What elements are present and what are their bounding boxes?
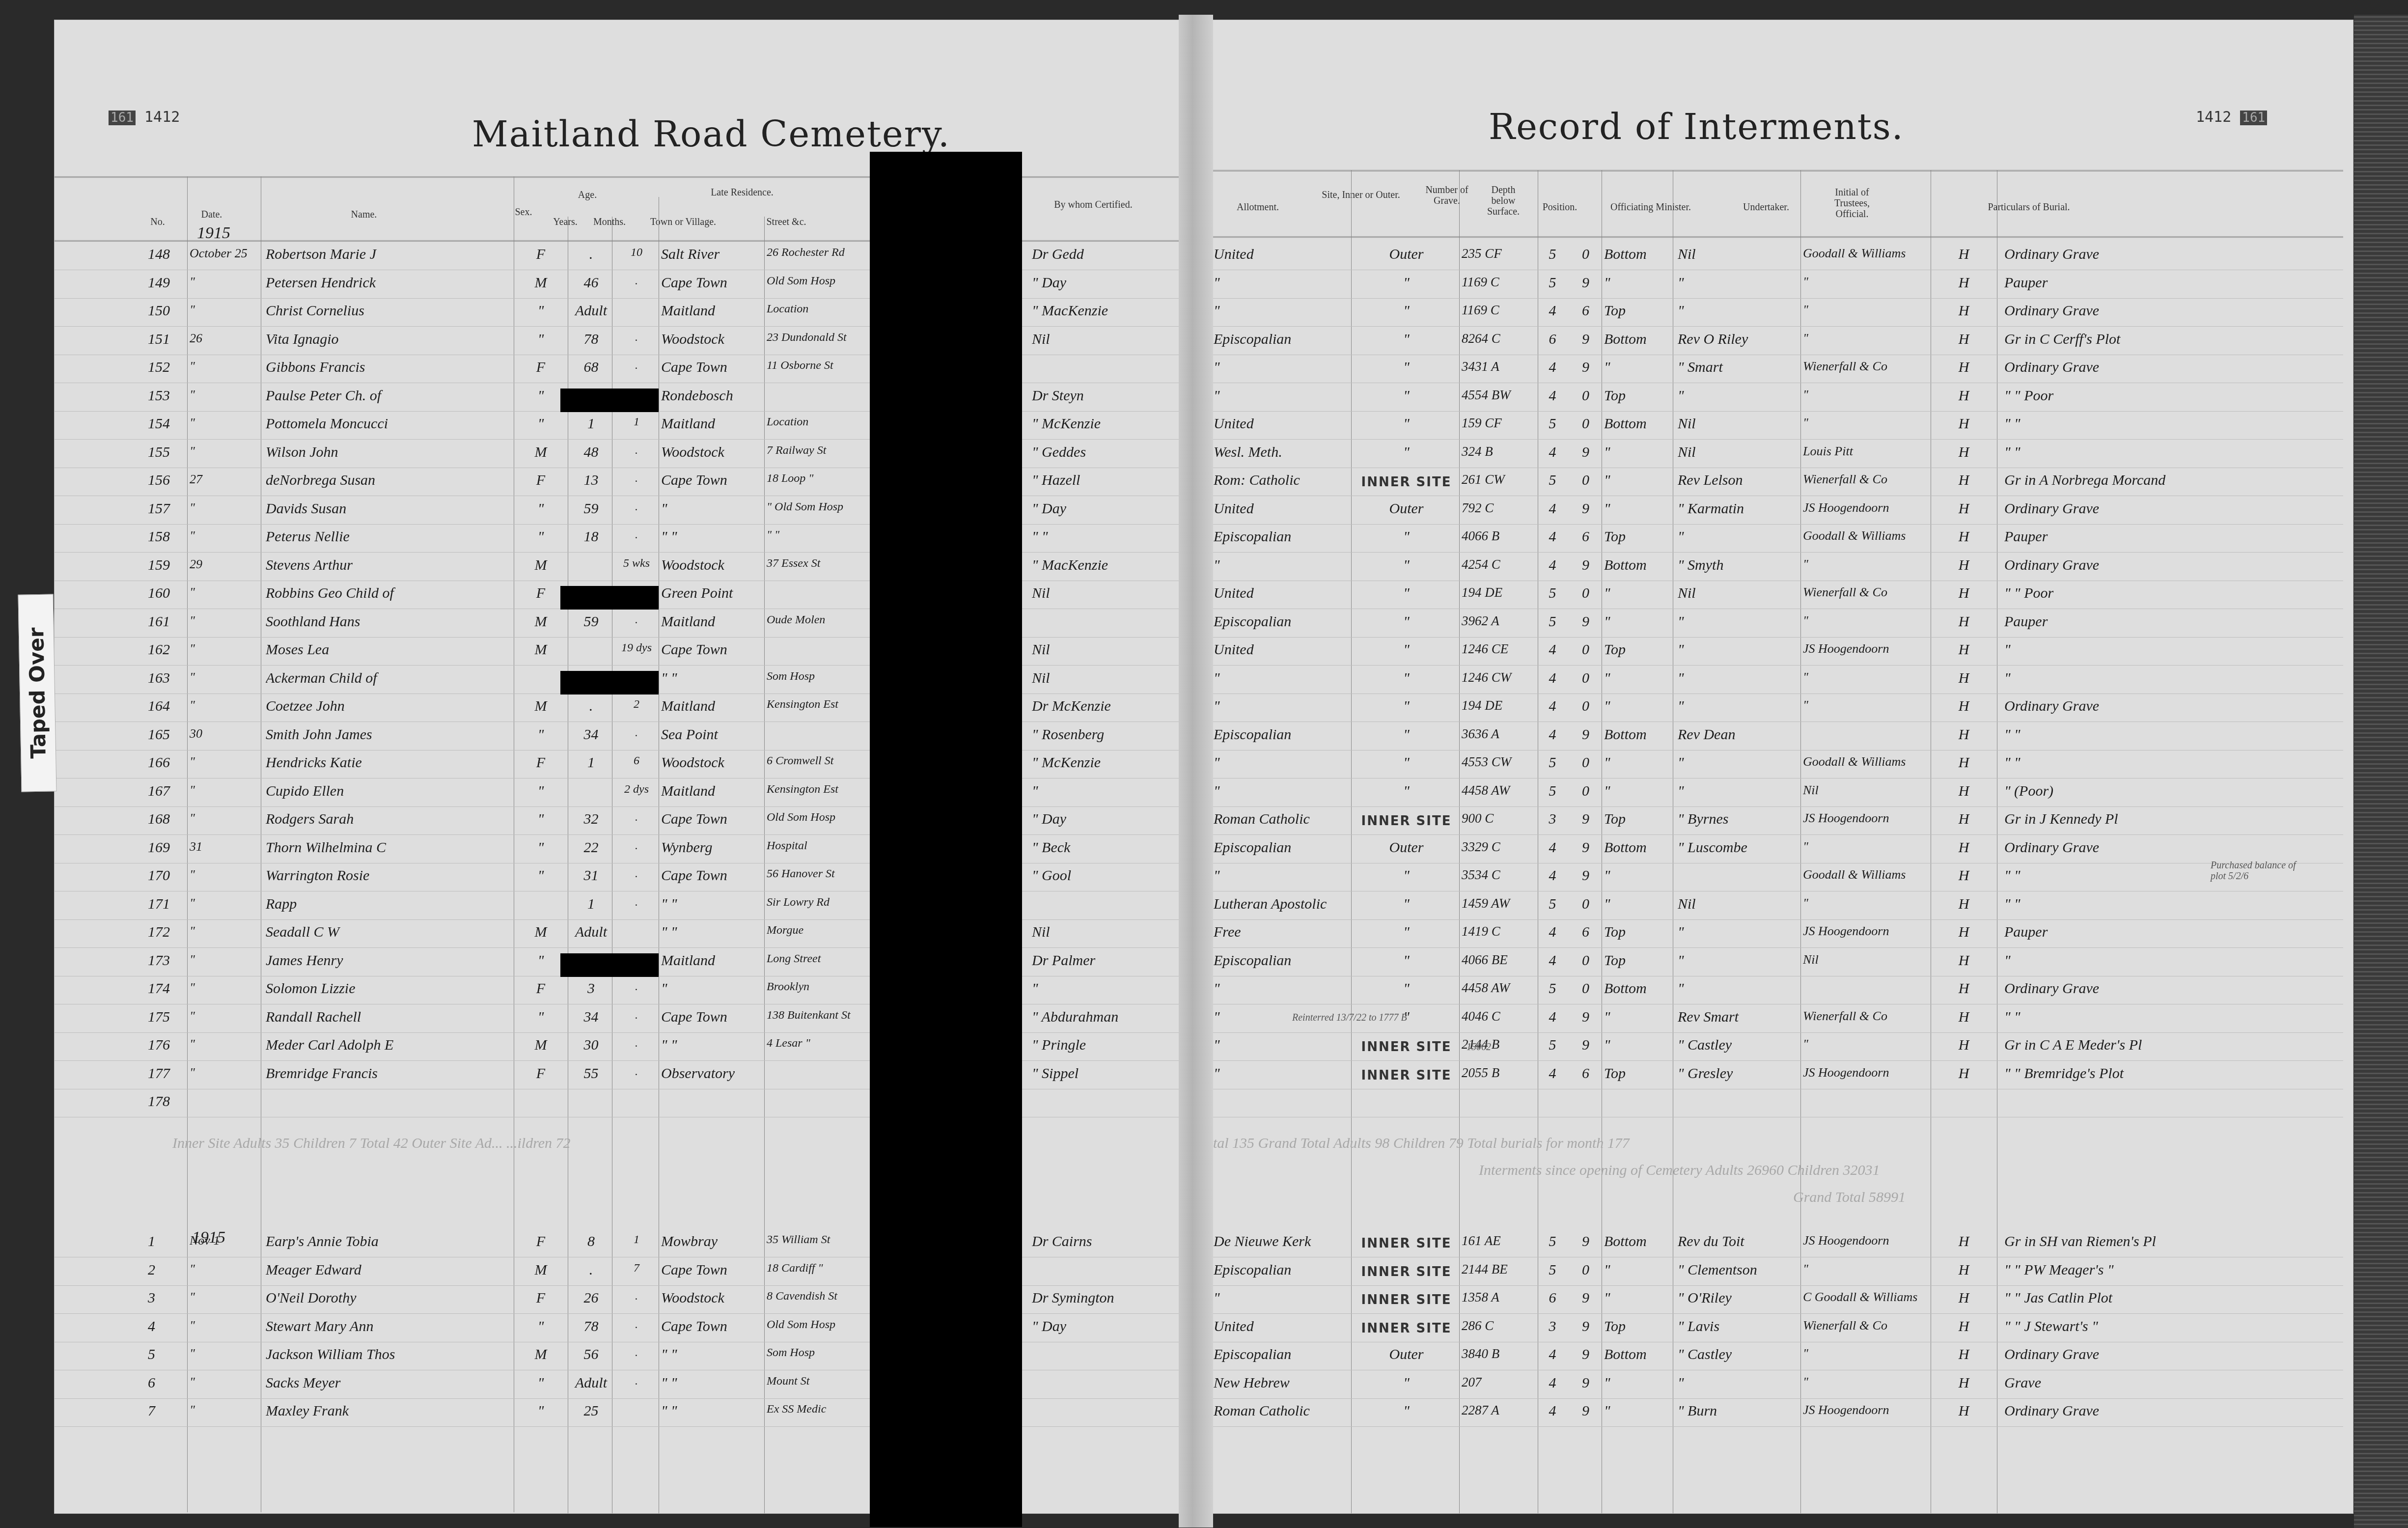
entry-depth-feet: 4 — [1540, 641, 1565, 658]
entry-town: Wynberg — [661, 839, 762, 856]
entry-trustee-initial: H — [1933, 444, 1994, 461]
entry-street: 23 Dundonald St — [767, 331, 867, 344]
entry-position: Top — [1604, 641, 1670, 658]
entry-depth-inches: 0 — [1572, 896, 1599, 913]
entry-trustee-initial: H — [1933, 303, 1994, 319]
header-sex: Sex. — [509, 207, 538, 218]
col-divider — [1538, 170, 1538, 1513]
entry-depth-inches: 9 — [1572, 1290, 1599, 1306]
row-rule — [1194, 1117, 2343, 1117]
entry-name: Peterus Nellie — [266, 528, 511, 545]
header-undertaker: Undertaker. — [1715, 202, 1818, 213]
entry-trustee-initial: H — [1933, 783, 1994, 800]
row-rule — [55, 947, 1193, 948]
entry-age-years: 46 — [570, 275, 612, 291]
entry-date: " — [190, 754, 258, 769]
entry-depth-inches: 0 — [1572, 585, 1599, 602]
entry-town: Green Point — [661, 585, 762, 602]
entry-age-months: 19 dys — [614, 641, 659, 655]
entry-sex: F — [519, 980, 563, 997]
col-divider — [1459, 170, 1460, 1513]
entry-undertaker: " — [1803, 613, 1928, 628]
entry-grave-number: 3636 A — [1462, 726, 1535, 742]
entry-grave-number: 324 B — [1462, 444, 1535, 459]
header-site: Site, Inner or Outer. — [1317, 190, 1405, 200]
entry-site: " — [1356, 980, 1457, 997]
entry-town: Maitland — [661, 613, 762, 630]
entry-site: " — [1356, 924, 1457, 941]
entry-depth-feet: 4 — [1540, 388, 1565, 404]
entry-particulars: " " Jas Catlin Plot — [2004, 1290, 2338, 1306]
entry-street: Location — [767, 303, 867, 316]
header-minister: Officiating Minister. — [1594, 202, 1707, 213]
entry-date: " — [190, 585, 258, 600]
col-divider — [187, 176, 188, 1512]
entry-grave-number: 3431 A — [1462, 359, 1535, 374]
entry-site: " — [1356, 444, 1457, 461]
entry-position: Bottom — [1604, 839, 1670, 856]
purchased-note: Purchased balance of plot 5/2/6 — [2211, 860, 2309, 882]
entry-position: Top — [1604, 952, 1670, 969]
entry-site: " — [1356, 670, 1457, 687]
entry-depth-inches: 9 — [1572, 867, 1599, 884]
entry-depth-inches: 6 — [1572, 924, 1599, 941]
entry-number: 158 — [148, 528, 185, 545]
entry-number: 177 — [148, 1065, 185, 1082]
entry-town: " " — [661, 670, 762, 687]
entry-name: Smith John James — [266, 726, 511, 743]
entry-date: " — [190, 359, 258, 374]
entry-sex: F — [519, 1233, 563, 1250]
entry-allotment: Rom: Catholic — [1214, 472, 1349, 489]
row-rule — [55, 524, 1193, 525]
entry-sex: " — [519, 726, 563, 743]
entry-depth-inches: 9 — [1572, 359, 1599, 376]
entry-age-years: 59 — [570, 500, 612, 517]
entry-age-years: 1 — [570, 754, 612, 771]
entry-minister: " — [1678, 303, 1798, 319]
entry-depth-inches: 6 — [1572, 1065, 1599, 1082]
entry-site: " — [1356, 585, 1457, 602]
entry-age-months: 1 — [614, 416, 659, 429]
row-rule — [55, 439, 1193, 440]
entry-site: " — [1356, 641, 1457, 658]
entry-certified-by: Dr Palmer — [1032, 952, 1179, 969]
entry-number: 154 — [148, 416, 185, 432]
entry-minister: " — [1678, 641, 1798, 658]
row-rule — [55, 1089, 1193, 1089]
entry-name: Stevens Arthur — [266, 557, 511, 574]
entry-town: Woodstock — [661, 557, 762, 574]
entry-town: Maitland — [661, 303, 762, 319]
entry-sex: " — [519, 1375, 563, 1391]
entry-name: Rodgers Sarah — [266, 811, 511, 828]
entry-allotment: Episcopalian — [1214, 952, 1349, 969]
entry-street: 56 Hanover St — [767, 867, 867, 881]
entry-street: Location — [767, 416, 867, 429]
entry-minister: " — [1678, 275, 1798, 291]
entry-depth-inches: 9 — [1572, 1037, 1599, 1054]
row-rule — [55, 806, 1193, 807]
entry-particulars: " — [2004, 641, 2338, 658]
entry-depth-inches: 9 — [1572, 331, 1599, 348]
entry-trustee-initial: H — [1933, 980, 1994, 997]
entry-date: " — [190, 444, 258, 459]
entry-street: 26 Rochester Rd — [767, 246, 867, 259]
entry-town: Woodstock — [661, 331, 762, 348]
entry-date: " — [190, 670, 258, 685]
entry-particulars: " " — [2004, 444, 2338, 461]
entry-trustee-initial: H — [1933, 416, 1994, 432]
row-rule — [1194, 1342, 2343, 1342]
entry-trustee-initial: H — [1933, 1009, 1994, 1026]
entry-minister: " Gresley — [1678, 1065, 1798, 1082]
entry-age-months: . — [614, 1290, 659, 1303]
entry-grave-number: 159 CF — [1462, 416, 1535, 431]
row-rule — [1194, 1257, 2343, 1257]
entry-age-months: . — [614, 472, 659, 485]
entry-town: Maitland — [661, 416, 762, 432]
entry-site: " — [1356, 528, 1457, 545]
entry-position: Bottom — [1604, 726, 1670, 743]
entry-minister: " Burn — [1678, 1403, 1798, 1419]
entry-undertaker: " — [1803, 416, 1928, 430]
entry-certified-by: Nil — [1032, 331, 1179, 348]
entry-date: October 25 — [190, 246, 258, 261]
entry-date: " — [190, 275, 258, 289]
entry-position: Top — [1604, 1065, 1670, 1082]
entry-allotment: " — [1214, 783, 1349, 800]
row-rule — [1194, 891, 2343, 891]
entry-particulars: " " PW Meager's " — [2004, 1262, 2338, 1278]
entry-town: Cape Town — [661, 1318, 762, 1335]
entry-sex: F — [519, 754, 563, 771]
entry-town: " " — [661, 1346, 762, 1363]
entry-age-months: . — [614, 444, 659, 457]
entry-sex: " — [519, 388, 563, 404]
entry-site: INNER SITE — [1356, 1040, 1457, 1055]
entry-age-months: 2 — [614, 698, 659, 711]
row-rule — [1194, 1370, 2343, 1370]
entry-number: 152 — [148, 359, 185, 376]
entry-name: Warrington Rosie — [266, 867, 511, 884]
entry-sex: " — [519, 839, 563, 856]
entry-depth-inches: 0 — [1572, 641, 1599, 658]
entry-undertaker: Goodall & Williams — [1803, 528, 1928, 543]
entry-age-months: . — [614, 1375, 659, 1388]
row-rule — [1194, 298, 2343, 299]
entry-name: Bremridge Francis — [266, 1065, 511, 1082]
entry-number: 171 — [148, 896, 185, 913]
entry-site: " — [1356, 698, 1457, 715]
row-rule — [55, 1117, 1193, 1117]
entry-minister: " Smyth — [1678, 557, 1798, 574]
entry-date: " — [190, 698, 258, 713]
entry-allotment: Episcopalian — [1214, 726, 1349, 743]
entry-particulars: " " Poor — [2004, 585, 2338, 602]
entry-particulars: " " — [2004, 1009, 2338, 1026]
entry-town: Cape Town — [661, 359, 762, 376]
entry-trustee-initial: H — [1933, 1403, 1994, 1419]
entry-trustee-initial: H — [1933, 839, 1994, 856]
entry-depth-feet: 4 — [1540, 726, 1565, 743]
entry-certified-by: Dr McKenzie — [1032, 698, 1179, 715]
entry-allotment: United — [1214, 1318, 1349, 1335]
entry-site: " — [1356, 896, 1457, 913]
entry-date: " — [190, 924, 258, 939]
entry-site: Outer — [1356, 246, 1457, 263]
entry-minister: Nil — [1678, 585, 1798, 602]
entry-particulars: " — [2004, 952, 2338, 969]
entry-minister: " Castley — [1678, 1346, 1798, 1363]
entry-depth-inches: 9 — [1572, 500, 1599, 517]
entry-depth-feet: 4 — [1540, 1065, 1565, 1082]
entry-grave-number: 3534 C — [1462, 867, 1535, 883]
entry-site: INNER SITE — [1356, 1236, 1457, 1251]
entry-particulars: Ordinary Grave — [2004, 246, 2338, 263]
entry-depth-inches: 9 — [1572, 1375, 1599, 1391]
entry-site: INNER SITE — [1356, 475, 1457, 490]
entry-position: " — [1604, 275, 1670, 291]
entry-town: Mowbray — [661, 1233, 762, 1250]
entry-depth-feet: 4 — [1540, 670, 1565, 687]
entry-trustee-initial: H — [1933, 585, 1994, 602]
entry-undertaker: Wienerfall & Co — [1803, 359, 1928, 374]
header-top-rule — [1194, 170, 2343, 171]
header-months: Months. — [587, 217, 632, 227]
header-depth: Depth below Surface. — [1479, 185, 1528, 217]
entry-street: Oude Molen — [767, 613, 867, 627]
entry-undertaker: " — [1803, 839, 1928, 854]
page-number-right: 1412 161 — [2196, 109, 2267, 126]
entry-name: Jackson William Thos — [266, 1346, 511, 1363]
entry-number: 172 — [148, 924, 185, 941]
entry-street: Kensington Est — [767, 783, 867, 796]
entry-number: 162 — [148, 641, 185, 658]
entry-minister: Rev Smart — [1678, 1009, 1798, 1026]
header-date: Date. — [187, 209, 236, 220]
entry-date: " — [190, 811, 258, 826]
entry-minister: " — [1678, 783, 1798, 800]
entry-name: Solomon Lizzie — [266, 980, 511, 997]
entry-minister: " — [1678, 388, 1798, 404]
entry-age-years: Adult — [570, 924, 612, 941]
entry-number: 159 — [148, 557, 185, 574]
entry-grave-number: 194 DE — [1462, 698, 1535, 713]
entry-age-months: . — [614, 275, 659, 288]
entry-minister: " — [1678, 528, 1798, 545]
entry-street: Morgue — [767, 924, 867, 937]
entry-certified-by: " MacKenzie — [1032, 303, 1179, 319]
entry-certified-by: " Hazell — [1032, 472, 1179, 489]
entry-position: " — [1604, 1375, 1670, 1391]
entry-town: Cape Town — [661, 1262, 762, 1278]
row-rule — [55, 383, 1193, 383]
entry-depth-feet: 4 — [1540, 359, 1565, 376]
entry-allotment: " — [1214, 388, 1349, 404]
entry-street: 8 Cavendish St — [767, 1290, 867, 1303]
entry-minister: " — [1678, 670, 1798, 687]
entry-certified-by: Dr Symington — [1032, 1290, 1179, 1306]
entry-certified-by: " MacKenzie — [1032, 557, 1179, 574]
entry-name: Robbins Geo Child of — [266, 585, 511, 602]
entry-particulars: Pauper — [2004, 613, 2338, 630]
entry-depth-feet: 5 — [1540, 1037, 1565, 1054]
entry-number: 174 — [148, 980, 185, 997]
entry-certified-by: " Day — [1032, 811, 1179, 828]
entry-date: " — [190, 500, 258, 515]
entry-date: Nov 1 — [190, 1233, 258, 1248]
entry-age-months: 5 wks — [614, 557, 659, 570]
entry-age-years: 26 — [570, 1290, 612, 1306]
entry-town: Maitland — [661, 698, 762, 715]
entry-undertaker: " — [1803, 1262, 1928, 1277]
entry-grave-number: 2287 A — [1462, 1403, 1535, 1418]
entry-number: 161 — [148, 613, 185, 630]
entry-certified-by: Nil — [1032, 641, 1179, 658]
row-rule — [1194, 383, 2343, 383]
row-rule — [1194, 1004, 2343, 1004]
entry-allotment: De Nieuwe Kerk — [1214, 1233, 1349, 1250]
entry-depth-feet: 4 — [1540, 839, 1565, 856]
entry-allotment: Free — [1214, 924, 1349, 941]
row-rule — [1194, 694, 2343, 694]
row-rule — [55, 891, 1193, 891]
entry-number: 156 — [148, 472, 185, 489]
entry-certified-by: " Day — [1032, 500, 1179, 517]
entry-number: 3 — [148, 1290, 185, 1306]
header-years: Years. — [546, 217, 585, 227]
entry-certified-by: " " — [1032, 528, 1179, 545]
header-certified: By whom Certified. — [1032, 199, 1155, 210]
entry-undertaker: " — [1803, 303, 1928, 317]
header-bottom-rule — [1194, 236, 2343, 238]
entry-name: Maxley Frank — [266, 1403, 511, 1419]
entry-date: 30 — [190, 726, 258, 741]
col-divider — [261, 176, 261, 1512]
entry-particulars: " " — [2004, 416, 2338, 432]
entry-site: " — [1356, 1403, 1457, 1419]
entry-depth-feet: 6 — [1540, 1290, 1565, 1306]
entry-minister: Rev du Toit — [1678, 1233, 1798, 1250]
entry-grave-number: 1459 AW — [1462, 896, 1535, 911]
entry-position: Top — [1604, 924, 1670, 941]
entry-depth-inches: 6 — [1572, 528, 1599, 545]
entry-age-months: . — [614, 867, 659, 881]
entry-trustee-initial: H — [1933, 388, 1994, 404]
entry-allotment: Roman Catholic — [1214, 811, 1349, 828]
year-heading: 1915 — [197, 224, 230, 243]
row-rule — [1194, 355, 2343, 355]
entry-undertaker: JS Hoogendoorn — [1803, 1403, 1928, 1417]
grave-correction-note: 15062 — [1467, 1042, 1491, 1053]
col-divider — [1931, 170, 1931, 1513]
entry-sex: " — [519, 331, 563, 348]
entry-site: " — [1356, 1375, 1457, 1391]
entry-allotment: " — [1214, 1290, 1349, 1306]
page-title-right: Record of Interments. — [1489, 106, 1904, 147]
redaction-box — [560, 671, 659, 695]
entry-trustee-initial: H — [1933, 952, 1994, 969]
entry-sex: M — [519, 444, 563, 461]
entry-site: " — [1356, 726, 1457, 743]
entry-name: Meager Edward — [266, 1262, 511, 1278]
entry-minister: Rev O Riley — [1678, 331, 1798, 348]
entry-depth-inches: 9 — [1572, 1009, 1599, 1026]
row-rule — [1194, 976, 2343, 976]
entry-site: " — [1356, 416, 1457, 432]
entry-name: Soothland Hans — [266, 613, 511, 630]
row-rule — [55, 1032, 1193, 1033]
row-rule — [1194, 524, 2343, 525]
entry-sex: M — [519, 1037, 563, 1054]
page-number-left: 161 1412 — [109, 109, 180, 126]
entry-position: " — [1604, 698, 1670, 715]
entry-certified-by: " McKenzie — [1032, 754, 1179, 771]
entry-certified-by: Nil — [1032, 670, 1179, 687]
entry-position: " — [1604, 783, 1670, 800]
entry-number: 169 — [148, 839, 185, 856]
entry-town: " " — [661, 896, 762, 913]
entry-trustee-initial: H — [1933, 331, 1994, 348]
entry-name: Gibbons Francis — [266, 359, 511, 376]
old-page-stamp: 161 — [2240, 111, 2267, 125]
entry-trustee-initial: H — [1933, 275, 1994, 291]
entry-trustee-initial: H — [1933, 557, 1994, 574]
entry-grave-number: 4458 AW — [1462, 980, 1535, 996]
entry-street: 18 Cardiff " — [767, 1262, 867, 1275]
entry-minister: " — [1678, 952, 1798, 969]
entry-sex: " — [519, 303, 563, 319]
entry-street: Hospital — [767, 839, 867, 853]
entry-town: Cape Town — [661, 472, 762, 489]
entry-age-months: . — [614, 1009, 659, 1022]
entry-depth-feet: 4 — [1540, 924, 1565, 941]
header-age: Age. — [546, 190, 629, 200]
entry-depth-feet: 4 — [1540, 557, 1565, 574]
entry-undertaker: " — [1803, 1346, 1928, 1361]
entry-particulars: Pauper — [2004, 528, 2338, 545]
entry-undertaker: " — [1803, 896, 1928, 911]
entry-particulars: Ordinary Grave — [2004, 1403, 2338, 1419]
entry-town: Rondebosch — [661, 388, 762, 404]
entry-trustee-initial: H — [1933, 896, 1994, 913]
entry-undertaker: C Goodall & Williams — [1803, 1290, 1928, 1305]
row-rule — [1194, 439, 2343, 440]
entry-grave-number: 1246 CE — [1462, 641, 1535, 657]
entry-number: 160 — [148, 585, 185, 602]
entry-name: deNorbrega Susan — [266, 472, 511, 489]
entry-town: Sea Point — [661, 726, 762, 743]
entry-age-months: 1 — [614, 1233, 659, 1247]
entry-undertaker: Louis Pitt — [1803, 444, 1928, 459]
row-rule — [55, 270, 1193, 270]
entry-age-months: . — [614, 359, 659, 372]
entry-particulars: " " Poor — [2004, 388, 2338, 404]
book-binding-gutter — [1179, 15, 1213, 1528]
entry-number: 149 — [148, 275, 185, 291]
row-rule — [1194, 778, 2343, 778]
entry-town: Cape Town — [661, 811, 762, 828]
header-grave: Number of Grave. — [1417, 185, 1476, 206]
entry-number: 4 — [148, 1318, 185, 1335]
entry-depth-inches: 0 — [1572, 472, 1599, 489]
header-no: No. — [143, 217, 172, 227]
entry-certified-by: " Day — [1032, 275, 1179, 291]
entry-sex: " — [519, 1009, 563, 1026]
redaction-block — [870, 152, 1022, 1527]
entry-depth-inches: 6 — [1572, 303, 1599, 319]
